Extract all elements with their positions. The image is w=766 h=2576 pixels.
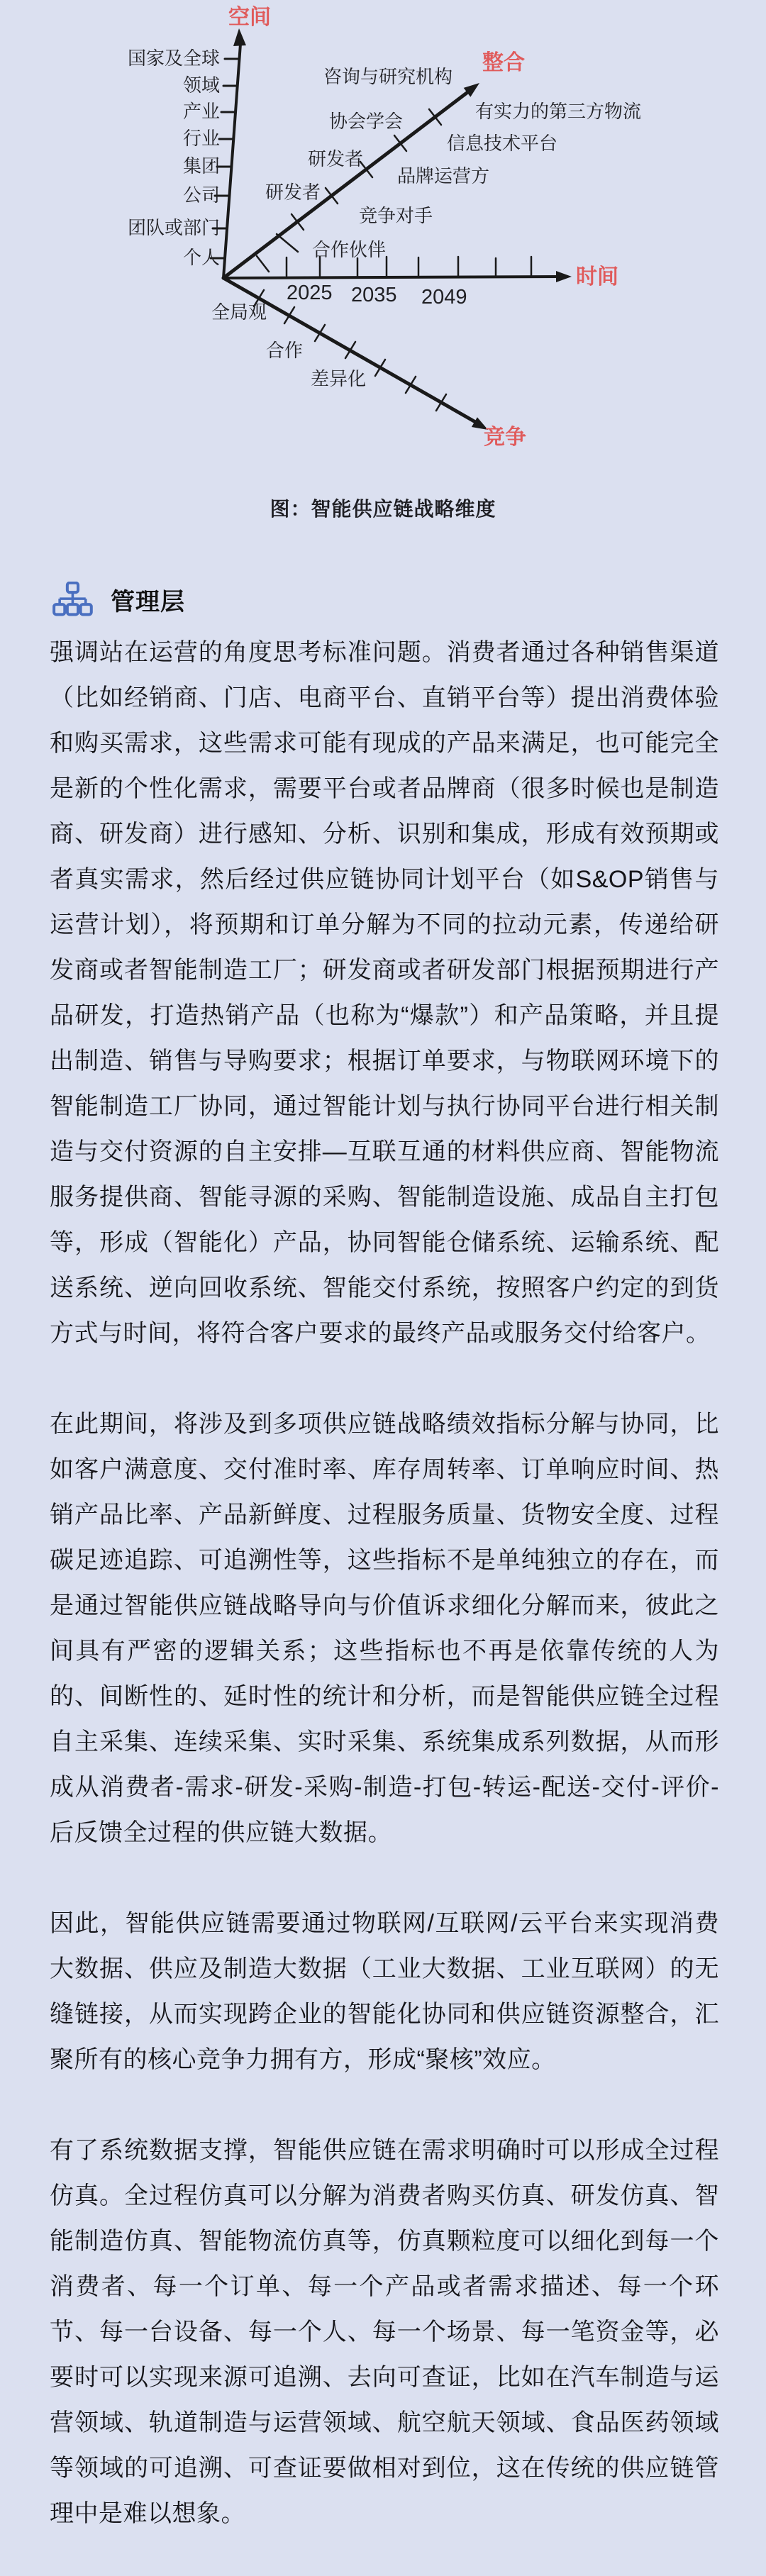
paragraph: 因此，智能供应链需要通过物联网/互联网/云平台来实现消费大数据、供应及制造大数据…	[50, 1901, 719, 2082]
space-tick-label: 领域	[183, 75, 220, 96]
strategy-dimensions-diagram: 空间 时间 整合 竞争 国家及全球 领域 产业 行业 集团 公司 团队或部门 个…	[0, 0, 766, 468]
space-axis-label: 空间	[228, 6, 271, 29]
competition-tick-label: 差异化	[311, 369, 366, 389]
space-tick-label: 公司	[183, 185, 220, 206]
org-chart-icon	[51, 582, 94, 617]
integration-left-label: 协会学会	[329, 111, 403, 132]
competition-tick-label: 全局观	[211, 302, 267, 323]
time-axis-label: 时间	[576, 265, 618, 289]
integration-left-label: 研发者	[265, 182, 321, 203]
section-title: 管理层	[111, 582, 185, 617]
paragraph: 强调站在运营的角度思考标准问题。消费者通过各种销售渠道（比如经销商、门店、电商平…	[50, 630, 719, 1356]
competition-tick-label: 合作	[266, 340, 303, 361]
paragraph: 有了系统数据支撑，智能供应链在需求明确时可以形成全过程仿真。全过程仿真可以分解为…	[50, 2128, 719, 2536]
integration-right-label: 有实力的第三方物流	[475, 101, 641, 122]
year-label: 2025	[287, 282, 333, 305]
figure-caption: 图：智能供应链战略维度	[0, 494, 766, 522]
competition-axis-label: 竞争	[484, 426, 526, 449]
integration-right-label: 品牌运营方	[397, 166, 489, 187]
section-header: 管理层	[51, 582, 766, 617]
space-tick-label: 产业	[183, 101, 220, 122]
year-label: 2049	[421, 287, 467, 309]
space-tick-label: 集团	[183, 156, 220, 177]
paragraph: 在此期间，将涉及到多项供应链战略绩效指标分解与协同，比如客户满意度、交付准时率、…	[50, 1401, 719, 1855]
integration-left-label: 研发者	[308, 149, 363, 170]
integration-left-label: 咨询与研究机构	[323, 67, 453, 87]
body-text: 强调站在运营的角度思考标准问题。消费者通过各种销售渠道（比如经销商、门店、电商平…	[0, 617, 766, 2536]
integration-axis-label: 整合	[482, 51, 525, 74]
integration-right-label: 合作伙伴	[312, 240, 386, 260]
space-tick-label: 国家及全球	[128, 48, 220, 69]
space-tick-label: 团队或部门	[128, 218, 220, 238]
space-tick-label: 个人	[183, 248, 220, 268]
space-tick-label: 行业	[183, 128, 220, 149]
integration-right-label: 信息技术平台	[447, 133, 557, 154]
year-label: 2035	[351, 284, 397, 307]
integration-right-label: 竞争对手	[359, 206, 433, 226]
